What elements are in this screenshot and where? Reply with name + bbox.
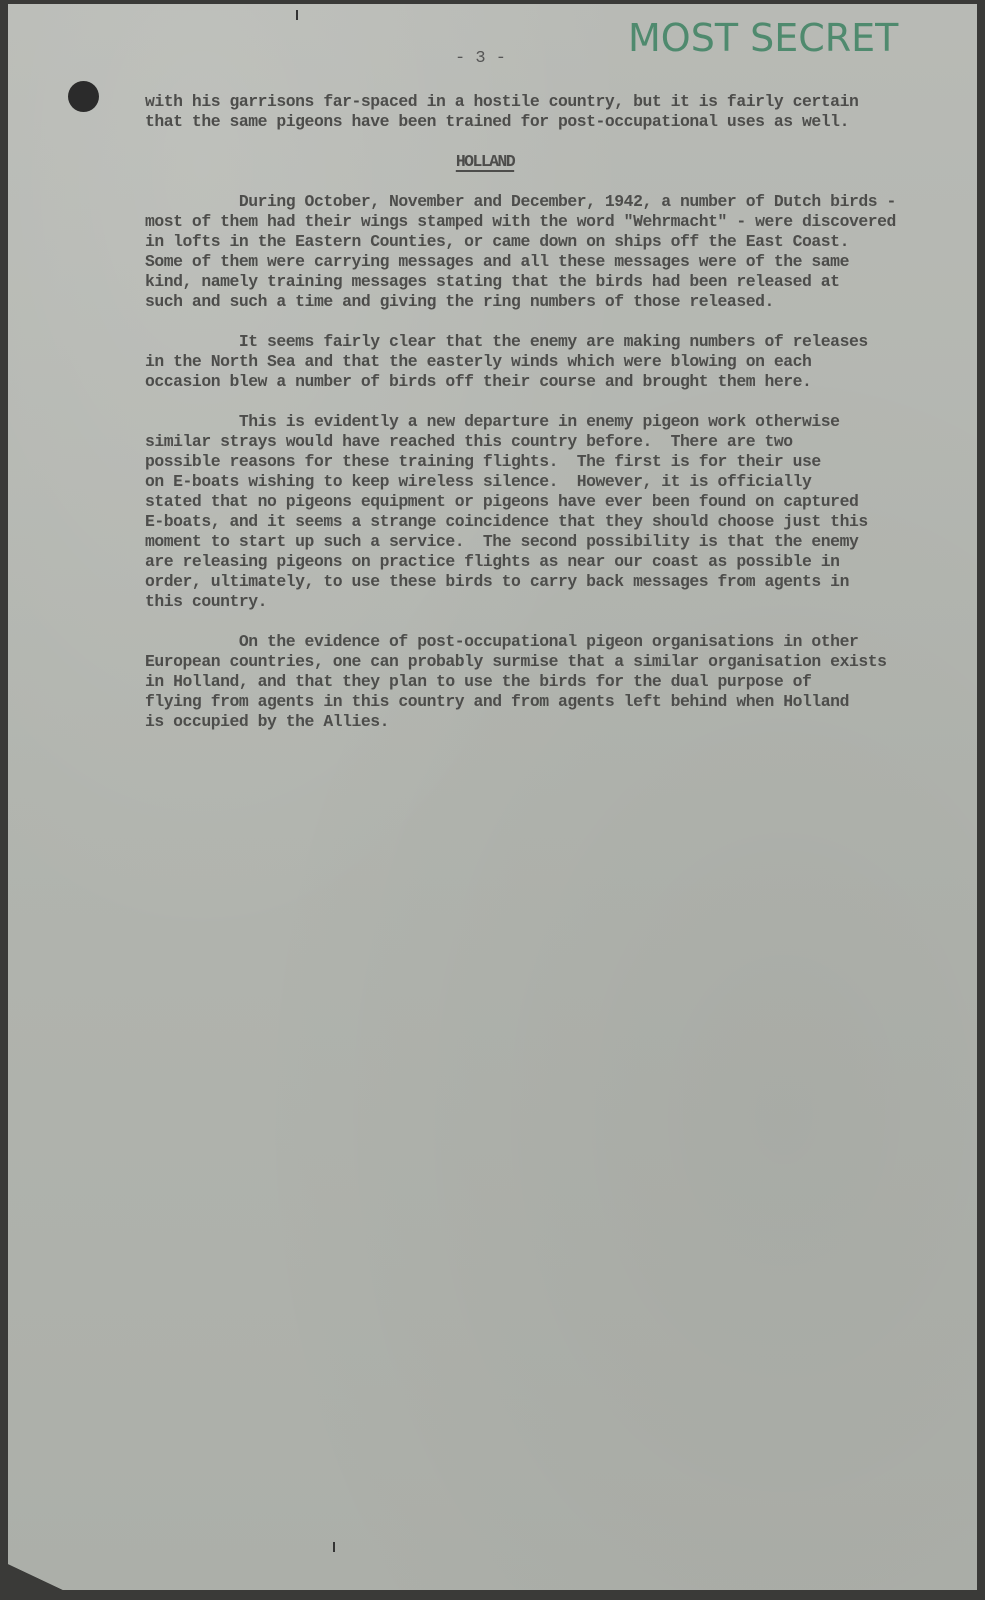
text-line: kind, namely training messages stating t… [145,272,965,292]
pen-mark [333,1542,335,1552]
section-heading: HOLLAND [145,152,965,172]
text-line: flying from agents in this country and f… [145,692,965,712]
text-line: in lofts in the Eastern Counties, or cam… [145,232,965,252]
text-line: that the same pigeons have been trained … [145,112,965,132]
document-page: MOST SECRET - 3 - with his garrisons far… [8,4,978,1590]
page-number: - 3 - [455,49,506,68]
text-line: in the North Sea and that the easterly w… [145,352,965,372]
text-line: are releasing pigeons on practice flight… [145,552,965,572]
text-line: most of them had their wings stamped wit… [145,212,965,232]
paragraph-1: During October, November and December, 1… [145,192,965,312]
text-line: stated that no pigeons equipment or pige… [145,492,965,512]
punch-hole [68,81,99,112]
text-line: order, ultimately, to use these birds to… [145,572,965,592]
text-line: similar strays would have reached this c… [145,432,965,452]
document-body: with his garrisons far-spaced in a hosti… [145,92,965,752]
text-line: occasion blew a number of birds off thei… [145,372,965,392]
paragraph-3: This is evidently a new departure in ene… [145,412,965,612]
pen-mark [296,10,298,20]
paragraph-2: It seems fairly clear that the enemy are… [145,332,965,392]
text-line: Some of them were carrying messages and … [145,252,965,272]
text-line: During October, November and December, 1… [145,192,965,212]
text-line: in Holland, and that they plan to use th… [145,672,965,692]
text-line: moment to start up such a service. The s… [145,532,965,552]
text-line: On the evidence of post-occupational pig… [145,632,965,652]
text-line: such and such a time and giving the ring… [145,292,965,312]
paragraph-4: On the evidence of post-occupational pig… [145,632,965,732]
section-heading-text: HOLLAND [456,152,514,171]
text-line: on E-boats wishing to keep wireless sile… [145,472,965,492]
text-line: with his garrisons far-spaced in a hosti… [145,92,965,112]
text-line: possible reasons for these training flig… [145,452,965,472]
intro-paragraph: with his garrisons far-spaced in a hosti… [145,92,965,132]
text-line: It seems fairly clear that the enemy are… [145,332,965,352]
text-line: this country. [145,592,965,612]
text-line: E-boats, and it seems a strange coincide… [145,512,965,532]
text-line: is occupied by the Allies. [145,712,965,732]
classification-stamp: MOST SECRET [628,16,898,60]
scan-border [977,0,985,1600]
text-line: This is evidently a new departure in ene… [145,412,965,432]
text-line: European countries, one can probably sur… [145,652,965,672]
